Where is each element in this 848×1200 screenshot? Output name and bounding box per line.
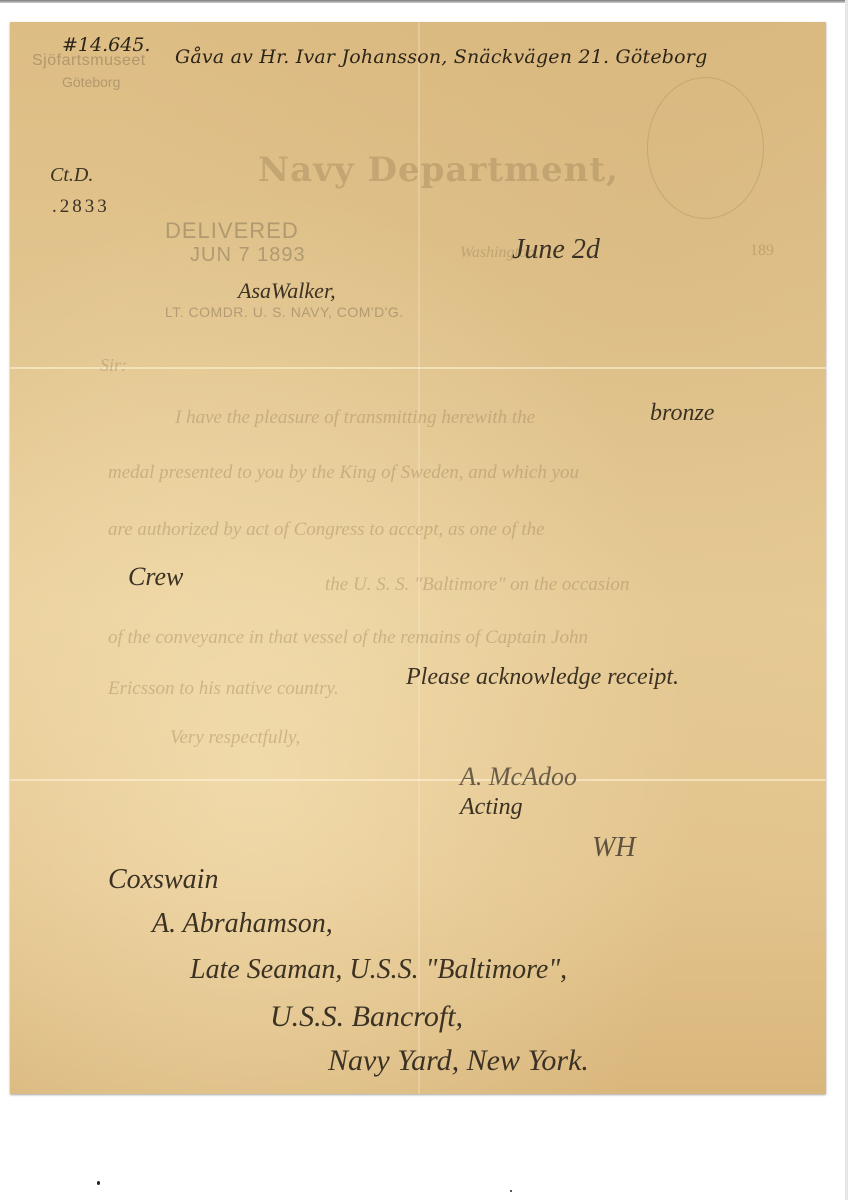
scan-top-edge (0, 0, 848, 3)
body-line-2: medal presented to you by the King of Sw… (108, 462, 579, 484)
addressee-line-3: Late Seaman, U.S.S. "Baltimore", (190, 954, 567, 986)
letterhead-year: 189 (750, 242, 774, 260)
clerk-initials: WH (592, 832, 636, 864)
letter-date: June 2d (512, 234, 600, 266)
body-line-5: of the conveyance in that vessel of the … (108, 627, 588, 649)
body-closing: Very respectfully, (170, 727, 300, 749)
delivered-signature: AsaWalker, (238, 278, 336, 304)
addressee-line-2: A. Abrahamson, (152, 908, 333, 940)
scan-speck (510, 1190, 512, 1192)
acknowledge-note: Please acknowledge receipt. (406, 664, 679, 691)
ref-code-letters: Ct.D. (50, 164, 93, 187)
salutation: Sir: (100, 355, 127, 376)
body-line-6: Ericsson to his native country. (108, 678, 339, 700)
addressee-line-1: Coxswain (108, 864, 218, 896)
insert-role: Crew (128, 562, 183, 592)
body-line-3: are authorized by act of Congress to acc… (108, 519, 545, 541)
signature-title: Acting (460, 794, 523, 821)
ref-code-number: .2833 (52, 196, 110, 218)
delivered-stamp-date: JUN 7 1893 (190, 244, 306, 267)
museum-stamp-name: Sjöfartsmuseet (32, 52, 146, 70)
addressee-line-5: Navy Yard, New York. (328, 1044, 589, 1078)
body-line-4: the U. S. S. "Baltimore" on the occasion (325, 574, 629, 596)
signature: A. McAdoo (460, 762, 577, 792)
donation-note: Gåva av Hr. Ivar Johansson, Snäckvägen 2… (175, 46, 707, 68)
letterhead-title: Navy Department, (258, 150, 619, 190)
delivered-stamp-label: DELIVERED (165, 218, 299, 244)
delivered-rank: LT. COMDR. U. S. NAVY, COM'D'G. (165, 304, 404, 320)
scan-speck (97, 1181, 100, 1185)
museum-stamp-city: Göteborg (62, 74, 120, 90)
insert-medal-type: bronze (650, 400, 714, 427)
embossed-seal (647, 77, 764, 219)
letter-sheet: #14.645. Gåva av Hr. Ivar Johansson, Snä… (10, 22, 826, 1094)
body-line-1: I have the pleasure of transmitting here… (175, 407, 535, 429)
addressee-line-4: U.S.S. Bancroft, (270, 1000, 463, 1034)
